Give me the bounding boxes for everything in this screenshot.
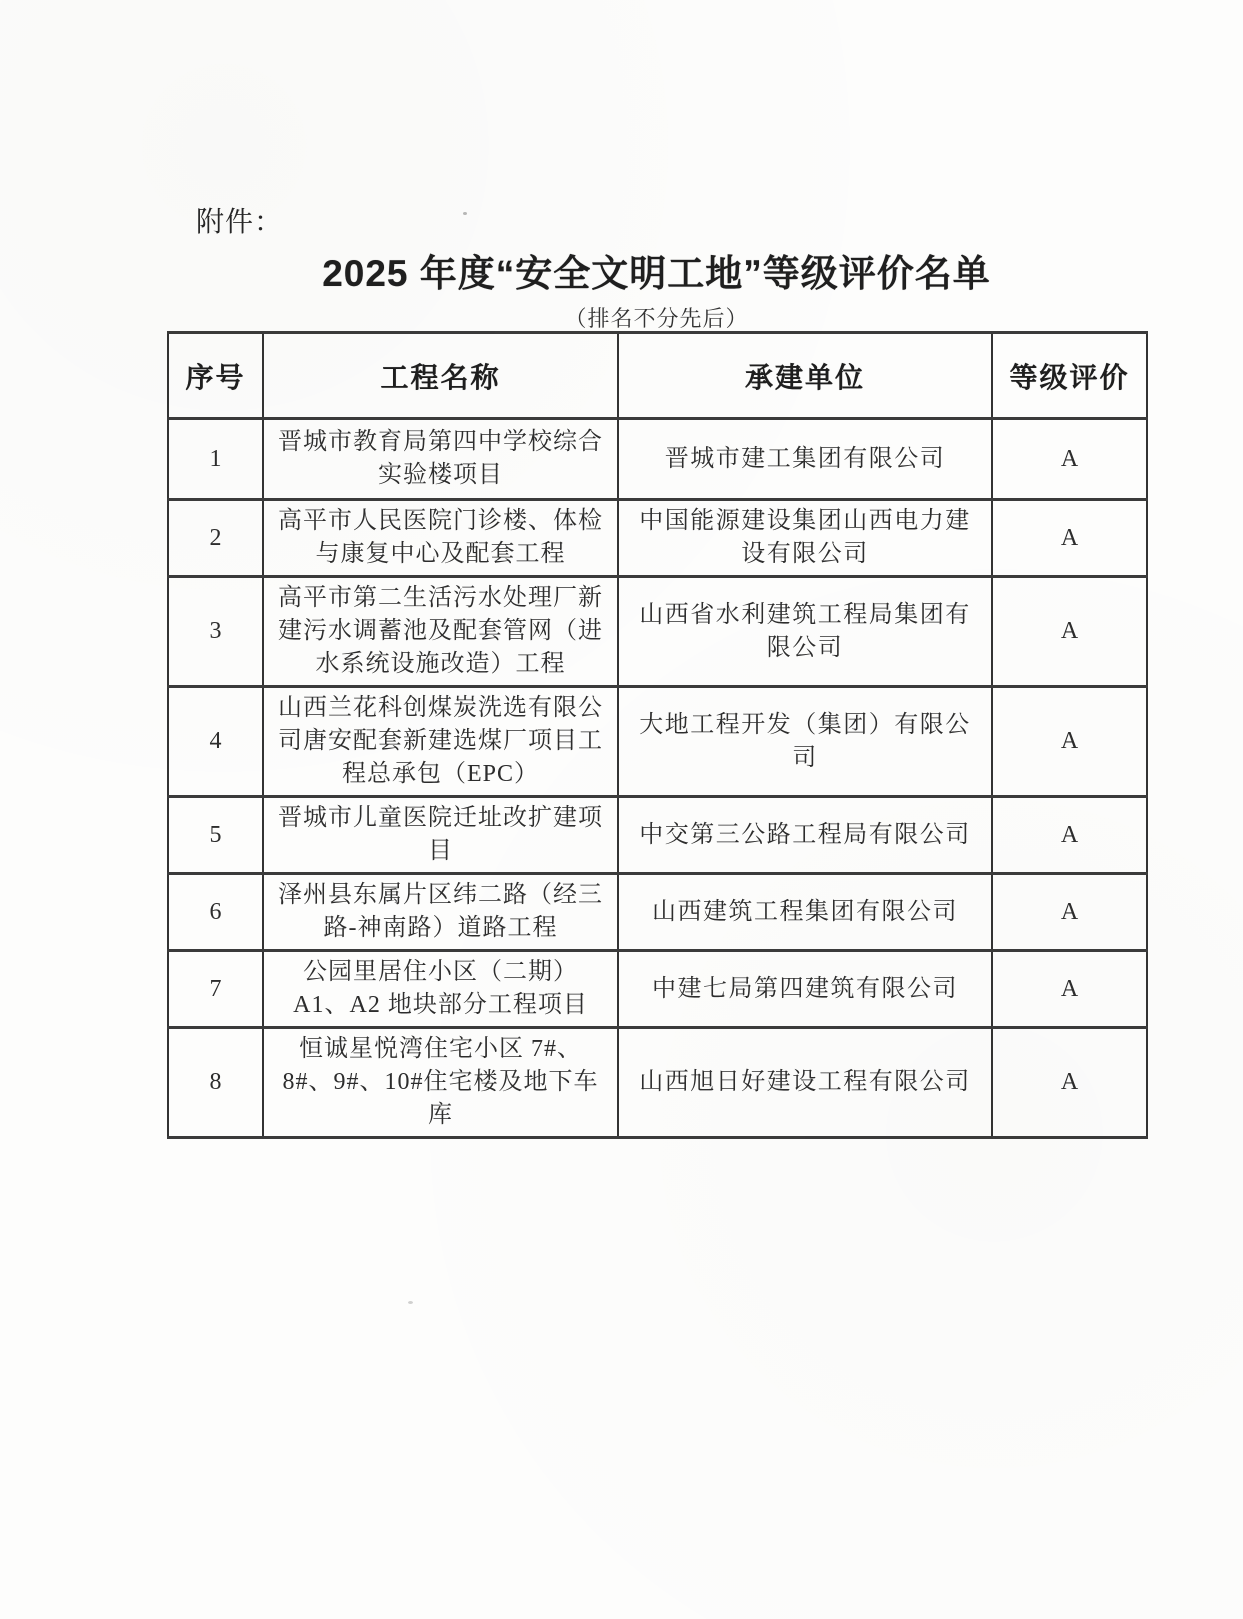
cell-contractor: 山西省水利建筑工程局集团有限公司 [618,577,992,687]
cell-no: 4 [168,687,263,797]
table-row: 7 公园里居住小区（二期）A1、A2 地块部分工程项目 中建七局第四建筑有限公司… [168,951,1147,1028]
table-row: 3 高平市第二生活污水处理厂新建污水调蓄池及配套管网（进水系统设施改造）工程 山… [168,577,1147,687]
cell-grade: A [992,687,1147,797]
cell-grade: A [992,874,1147,951]
cell-project: 公园里居住小区（二期）A1、A2 地块部分工程项目 [263,951,618,1028]
cell-contractor: 晋城市建工集团有限公司 [618,419,992,500]
cell-grade: A [992,419,1147,500]
table-row: 6 泽州县东属片区纬二路（经三路-神南路）道路工程 山西建筑工程集团有限公司 A [168,874,1147,951]
cell-project: 晋城市儿童医院迁址改扩建项目 [263,797,618,874]
col-header-project: 工程名称 [263,333,618,419]
cell-grade: A [992,797,1147,874]
cell-project: 高平市人民医院门诊楼、体检与康复中心及配套工程 [263,500,618,577]
document-title: 2025 年度“安全文明工地”等级评价名单 [167,252,1146,296]
cell-project: 晋城市教育局第四中学校综合实验楼项目 [263,419,618,500]
table-row: 2 高平市人民医院门诊楼、体检与康复中心及配套工程 中国能源建设集团山西电力建设… [168,500,1147,577]
col-header-contractor: 承建单位 [618,333,992,419]
document-page: 附件： 2025 年度“安全文明工地”等级评价名单 （排名不分先后） 序号 工程… [0,0,1243,1619]
col-header-grade: 等级评价 [992,333,1147,419]
scan-artifact [463,212,467,215]
cell-no: 6 [168,874,263,951]
cell-grade: A [992,1028,1147,1138]
cell-no: 7 [168,951,263,1028]
cell-no: 5 [168,797,263,874]
cell-no: 1 [168,419,263,500]
cell-project: 泽州县东属片区纬二路（经三路-神南路）道路工程 [263,874,618,951]
cell-contractor: 中建七局第四建筑有限公司 [618,951,992,1028]
table-header-row: 序号 工程名称 承建单位 等级评价 [168,333,1147,419]
cell-no: 8 [168,1028,263,1138]
cell-no: 3 [168,577,263,687]
document-header: 2025 年度“安全文明工地”等级评价名单 （排名不分先后） [167,252,1146,333]
evaluation-table: 序号 工程名称 承建单位 等级评价 1 晋城市教育局第四中学校综合实验楼项目 晋… [167,331,1148,1139]
cell-no: 2 [168,500,263,577]
cell-project: 山西兰花科创煤炭洗选有限公司唐安配套新建选煤厂项目工程总承包（EPC） [263,687,618,797]
cell-grade: A [992,500,1147,577]
document-subtitle: （排名不分先后） [167,302,1146,333]
cell-grade: A [992,951,1147,1028]
table-body: 1 晋城市教育局第四中学校综合实验楼项目 晋城市建工集团有限公司 A 2 高平市… [168,419,1147,1138]
cell-grade: A [992,577,1147,687]
col-header-no: 序号 [168,333,263,419]
attachment-label: 附件： [196,200,283,240]
cell-project: 恒诚星悦湾住宅小区 7#、8#、9#、10#住宅楼及地下车库 [263,1028,618,1138]
table-row: 8 恒诚星悦湾住宅小区 7#、8#、9#、10#住宅楼及地下车库 山西旭日好建设… [168,1028,1147,1138]
cell-contractor: 中国能源建设集团山西电力建设有限公司 [618,500,992,577]
cell-contractor: 中交第三公路工程局有限公司 [618,797,992,874]
table-row: 5 晋城市儿童医院迁址改扩建项目 中交第三公路工程局有限公司 A [168,797,1147,874]
cell-contractor: 大地工程开发（集团）有限公司 [618,687,992,797]
cell-project: 高平市第二生活污水处理厂新建污水调蓄池及配套管网（进水系统设施改造）工程 [263,577,618,687]
cell-contractor: 山西建筑工程集团有限公司 [618,874,992,951]
cell-contractor: 山西旭日好建设工程有限公司 [618,1028,992,1138]
table-row: 4 山西兰花科创煤炭洗选有限公司唐安配套新建选煤厂项目工程总承包（EPC） 大地… [168,687,1147,797]
table-row: 1 晋城市教育局第四中学校综合实验楼项目 晋城市建工集团有限公司 A [168,419,1147,500]
scan-artifact [408,1301,413,1304]
